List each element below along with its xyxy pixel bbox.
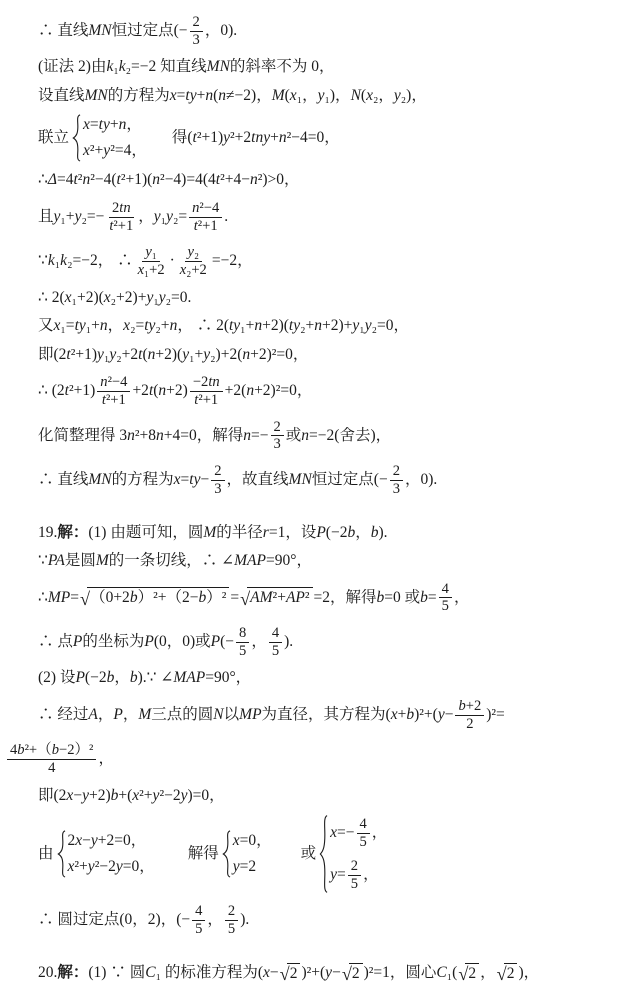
equation-system: x=−45，y=25， [319,814,387,894]
fraction: 23 [211,463,224,497]
left-brace-icon [72,114,81,162]
fraction: 45 [192,903,205,937]
circle-fixed-points: ∴ 圆过定点(0，2)，(−45 ，25 ). [38,901,629,939]
fraction-denominator: t²+1 [191,392,221,409]
fraction-numerator: b+2 [455,698,484,716]
square-root: √2 [342,963,363,984]
fraction: 23 [271,419,284,453]
q19-part1-setup: 19.解：(1) 由题可知，圆 M 的半径 r=1，设 P(−2b，b). [38,522,629,544]
equation-system-rows: x=−45，y=25， [330,814,387,894]
fraction: n²−4t²+1 [97,374,130,408]
expanded-condition: ∴ 2(x₁+2)(x₂+2)+y₁y₂=0. [38,287,629,309]
fraction-numerator: 2 [390,463,403,481]
fraction: 25 [348,858,361,892]
square-root: √2 [497,963,518,984]
combined-equation: 即(2t²+1)y₁y₂+2t(n+2)(y₁+y₂)+2(n+2)²=0， [38,344,629,366]
fraction-numerator: y₂ [185,244,203,262]
substitution-x1-x2: 又 x₁=ty₁+n，x₂=ty₂+n， ∴ 2(ty₁+n+2)(ty₂+n+… [38,315,629,337]
fraction-denominator: 3 [211,481,224,498]
system-substitution: 联立x=ty+n，x²+y²=4，得(t²+1)y²+2tny+n²−4=0， [38,113,629,163]
mp-distance-solve: ∴ MP=√（0+2b）²+（2−b）² =√AM²+AP² =2，解得 b=0… [38,579,629,617]
fraction-numerator: 4b²+（b−2）² [7,742,96,760]
square-root: √AM²+AP² [240,587,312,608]
square-root: √2 [458,963,479,984]
fraction-numerator: 2 [271,419,284,437]
equation-row: y=2 [233,856,272,878]
solve-systems: 由2x−y+2=0，x²+y²−2y=0，解得x=0，y=2或x=−45，y=2… [38,813,629,895]
fraction-numerator: 4 [439,581,452,599]
equation-system-rows: x=ty+n，x²+y²=4， [83,114,147,162]
fraction-denominator: x₂+2 [177,262,210,279]
radicand: （0+2b）²+（2−b）² [87,587,229,608]
fraction-denominator: 2 [463,716,476,733]
line-mn-equation-setup: 设直线 MN 的方程为 x=ty+n(n≠−2)，M(x₁，y₁)，N(x₂，y… [38,85,629,107]
fraction-numerator: 2 [190,14,203,32]
equation-row: y=25， [330,856,387,894]
fraction: 25 [225,903,238,937]
equation-row: x²+y²−2y=0， [68,856,155,878]
left-brace-icon [319,814,328,894]
fraction: b+22 [455,698,484,732]
fraction: 85 [236,625,249,659]
fraction: 2tnt²+1 [106,200,136,234]
fraction-denominator: 5 [192,921,205,938]
vieta-sums: 且 y₁+y₂=−2tnt²+1 ，y₁y₂=n²−4t²+1 . [38,198,629,236]
fraction-denominator: x₁+2 [135,262,168,279]
equation-row: x=−45， [330,814,387,852]
fraction-denominator: 3 [190,32,203,49]
left-brace-icon [222,830,231,878]
fraction-numerator: 4 [192,903,205,921]
fraction-denominator: t²+1 [106,218,136,235]
fraction: 23 [190,14,203,48]
left-brace-icon [57,830,66,878]
conclusion-mn-fixed-point: ∴ 直线 MN 的方程为 x=ty−23 ，故直线 MN 恒过定点(−23 ，0… [38,461,629,499]
spacer [150,138,172,139]
circle-n-equation: ∴ 经过 A，P，M 三点的圆 N 以 MP 为直径，其方程为(x+b)²+(y… [38,696,629,734]
fraction: 23 [390,463,403,497]
radicand: 2 [465,963,479,984]
circle-n-simplified: 即(2x−y+2)b+(x²+y²−2y)=0， [38,785,629,807]
simplified-solve-n: 化简整理得 3n²+8n+4=0，解得 n=−23 或 n=−2(舍去)， [38,417,629,455]
fraction-numerator: 4 [357,816,370,834]
fraction-numerator: 2tn [109,200,134,218]
fraction-denominator: 5 [439,598,452,615]
bold-label: 解： [57,522,88,544]
fraction: 45 [269,625,282,659]
proof2-intro: (证法 2)由 k₁k₂=−2 知直线 MN 的斜率不为 0， [38,56,629,78]
fraction: 4b²+（b−2）²4 [7,742,96,776]
equation-row: x=0， [233,830,272,852]
fraction: n²−4t²+1 [189,200,222,234]
conclusion-fixed-point: ∴ 直线 MN 恒过定点(−23 ，0). [38,12,629,50]
equation-system-rows: x=0，y=2 [233,830,272,878]
fraction-denominator: 4 [45,760,58,777]
radicand: 2 [349,963,363,984]
spacer [275,854,301,855]
equation-row: x²+y²=4， [83,140,147,162]
fraction-denominator: 3 [271,436,284,453]
q19-part2-setup: (2) 设 P(−2b，b).∵ ∠MAP=90°， [38,667,629,689]
tangent-condition: ∵ PA 是圆 M 的一条切线，∴ ∠MAP=90°， [38,550,629,572]
fraction-numerator: n²−4 [97,374,130,392]
circle-n-equation-cont: 4b²+（b−2）²4 ， [5,740,629,778]
radicand: AM²+AP² [247,587,312,608]
spacer [158,854,188,855]
square-root: √（0+2b）²+（2−b）² [80,587,229,608]
fraction: −2tnt²+1 [190,374,223,408]
point-p-coordinates: ∴ 点 P 的坐标为 P(0，0)或 P(−85 ，45 ). [38,623,629,661]
fraction-denominator: t²+1 [191,218,221,235]
fraction-denominator: 5 [269,643,282,660]
radicand: 2 [287,963,301,984]
fraction-numerator: 2 [348,858,361,876]
fraction-numerator: −2tn [190,374,223,392]
q20-part1-setup: 20.解：(1) ∵ 圆 C₁ 的标准方程为(x−√2 )²+(y−√2 )²=… [38,962,629,984]
fraction: y₂x₂+2 [177,244,210,278]
fraction-denominator: 3 [390,481,403,498]
fraction: 45 [357,816,370,850]
fraction-numerator: 2 [225,903,238,921]
math-solution-document: ∴ 直线 MN 恒过定点(−23 ，0).(证法 2)由 k₁k₂=−2 知直线… [0,0,643,984]
equation-system: 2x−y+2=0，x²+y²−2y=0， [57,830,155,878]
equation-system-rows: 2x−y+2=0，x²+y²−2y=0， [68,830,155,878]
fraction-denominator: t²+1 [99,392,129,409]
fraction-numerator: n²−4 [189,200,222,218]
equation-system: x=ty+n，x²+y²=4， [72,114,147,162]
slope-product-condition: ∵ k₁k₂=−2， ∴ y₁x₁+2·y₂x₂+2 =−2， [38,242,629,280]
equation-system: x=0，y=2 [222,830,272,878]
fraction-numerator: 4 [269,625,282,643]
fraction: 45 [439,581,452,615]
fraction-denominator: 5 [348,876,361,893]
document-page: ∴ 直线 MN 恒过定点(−23 ，0).(证法 2)由 k₁k₂=−2 知直线… [0,0,643,998]
equation-row: 2x−y+2=0， [68,830,155,852]
substituted-vieta: ∴ (2t²+1)n²−4t²+1 +2t(n+2)−2tnt²+1 +2(n+… [38,372,629,410]
fraction-numerator: 8 [236,625,249,643]
equation-row: x=ty+n， [83,114,147,136]
fraction-denominator: 5 [236,643,249,660]
square-root: √2 [280,963,301,984]
bold-label: 解： [57,962,88,984]
fraction-numerator: 2 [211,463,224,481]
fraction-numerator: y₁ [142,244,160,262]
fraction-denominator: 5 [357,834,370,851]
fraction-denominator: 5 [225,921,238,938]
discriminant: ∴ Δ=4t²n²−4(t²+1)(n²−4)=4(4t²+4−n²)>0， [38,169,629,191]
radicand: 2 [504,963,518,984]
fraction: y₁x₁+2 [135,244,168,278]
